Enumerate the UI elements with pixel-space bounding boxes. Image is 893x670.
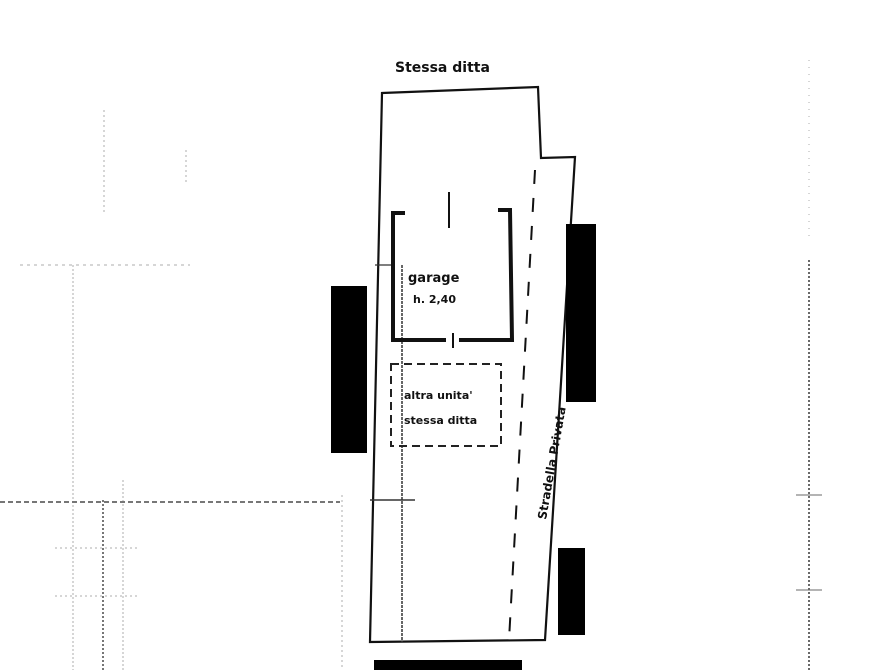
redaction-box-bottom (374, 660, 522, 670)
redaction-box-left (331, 286, 367, 453)
other-unit-boundary (391, 364, 501, 446)
label-garage-height: h. 2,40 (413, 293, 456, 306)
label-garage: garage (408, 271, 460, 286)
label-top-neighbor: Stessa ditta (395, 60, 490, 76)
floor-plan-canvas: Stessa ditta garage h. 2,40 altra unita'… (0, 0, 893, 670)
floor-plan-drawing: Stessa ditta garage h. 2,40 altra unita'… (0, 0, 893, 670)
label-other-unit-2: stessa ditta (404, 414, 477, 427)
label-other-unit-1: altra unita' (404, 389, 473, 402)
redaction-box-right-lower (558, 548, 585, 635)
redaction-box-right-upper (566, 224, 596, 402)
label-private-lane: Stradella Privata (535, 406, 569, 521)
private-lane-centerline (509, 170, 535, 640)
